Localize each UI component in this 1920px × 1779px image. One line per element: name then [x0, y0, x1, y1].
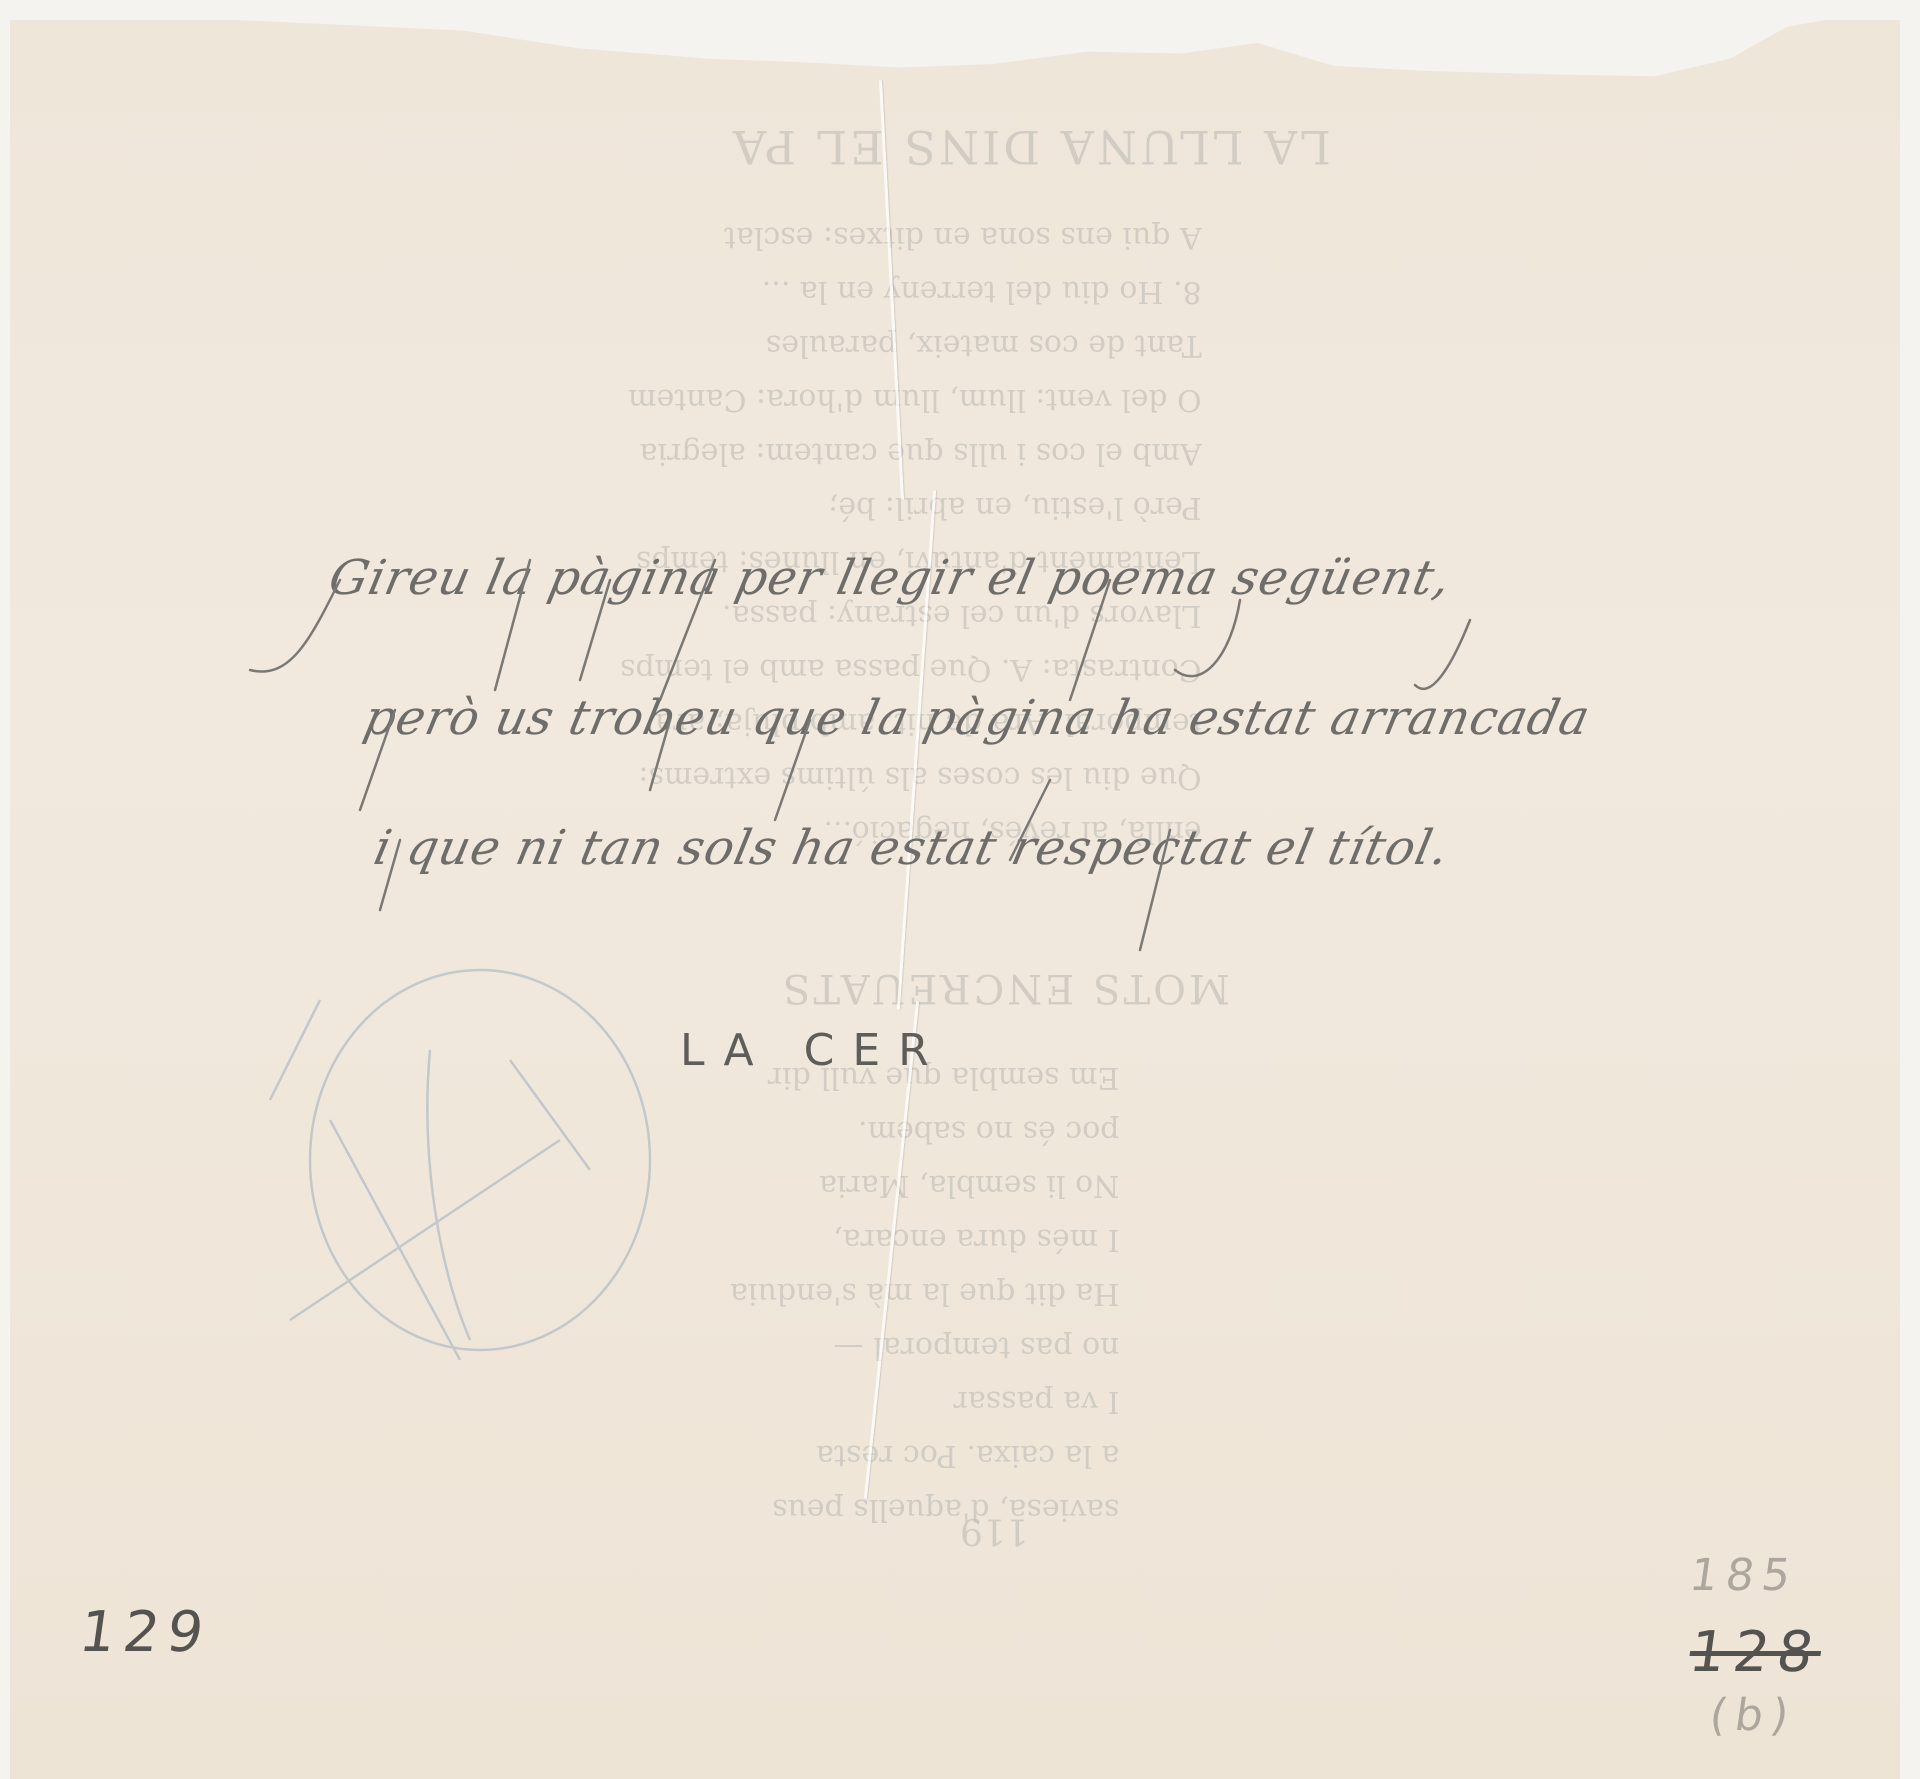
bleed-line: I més dura encara,: [730, 1212, 1119, 1266]
bleed-line: a la caixa. Poc resta: [730, 1428, 1119, 1482]
handwritten-title-fragment: LA CER: [680, 1025, 947, 1076]
bleed-line: poc és no sabem.: [730, 1104, 1119, 1158]
page-number-left: 129: [75, 1600, 215, 1665]
page-number-right-above: 185: [1686, 1550, 1801, 1601]
pencil-strokes: [10, 20, 1900, 1020]
page-number-right-struck: 128: [1685, 1620, 1825, 1685]
bleed-line: No li sembla, Maria: [730, 1158, 1119, 1212]
bleed-line: saviesa, d'aquells peus: [730, 1482, 1119, 1536]
bleed-line: no pas temporal —: [730, 1320, 1119, 1374]
bleed-line: Ha dit que la mà s'enduia: [730, 1266, 1119, 1320]
bleed-through-bottom-block: saviesa, d'aquells peus a la caixa. Poc …: [730, 1050, 1119, 1536]
paper-sheet: LA LLUNA DINS EL PA enllà, al revés, neg…: [10, 20, 1900, 1779]
page-number-right-below: (b): [1706, 1690, 1799, 1741]
bleed-through-page-number: 119: [960, 1510, 1029, 1551]
bleed-line: I va passar: [730, 1374, 1119, 1428]
